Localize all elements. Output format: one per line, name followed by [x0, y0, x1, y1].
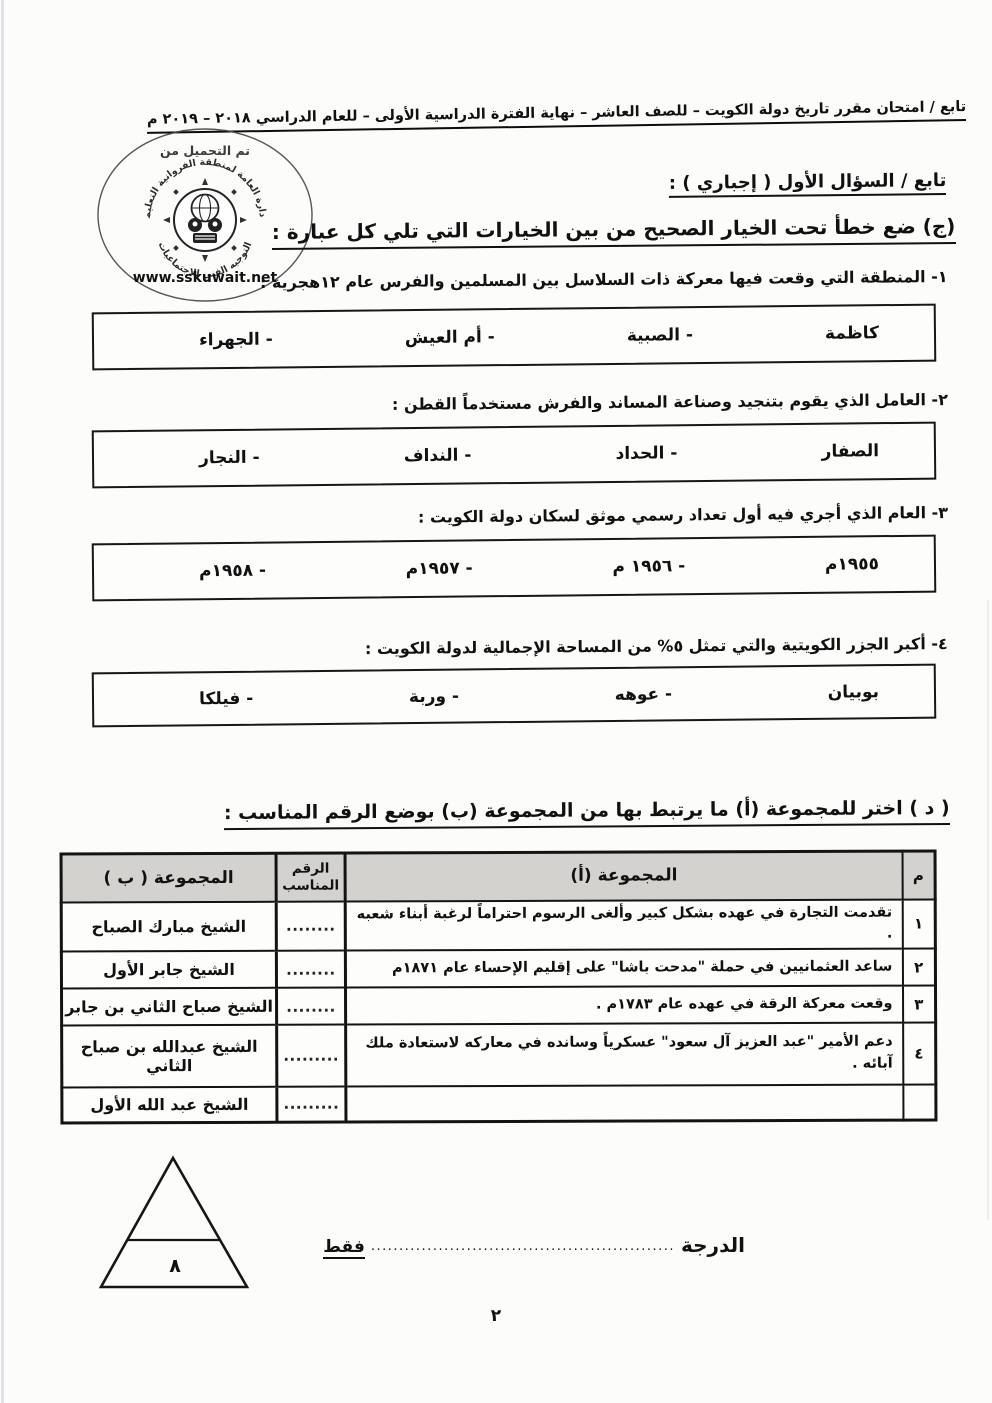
question-4-text: ٤- أكبر الجزر الكويتية والتي تمثل ٥% من …	[365, 634, 948, 658]
question-1-text: ١- المنطقة التي وقعت فيها معركة ذات السل…	[260, 267, 948, 292]
header-number: م	[902, 851, 935, 899]
answer-dots-field: ........	[276, 901, 345, 951]
group-a-statement: ساعد العثمانيين في حملة "مدحت باشا" على …	[345, 949, 902, 988]
row-number: ٤	[903, 1022, 936, 1084]
group-b-name: الشيخ مبارك الصباح	[61, 901, 276, 951]
stamp-website-label: www.sskuwait.net	[133, 270, 278, 286]
answer-dots-field: .........	[277, 1025, 346, 1087]
row-number	[903, 1084, 936, 1119]
score-line: الدرجة .................................…	[323, 1233, 745, 1259]
part-c-title: (ج) ضع خطأ تحت الخيار الصحيح من بين الخي…	[272, 214, 956, 250]
stamp-emblem-icon	[163, 178, 247, 262]
row-number: ٣	[902, 985, 935, 1022]
group-b-name: الشيخ عبدالله بن صباح الثاني	[62, 1025, 277, 1088]
question-4-options-box: بوبيان - عوهه - وربة - فيلكا	[92, 664, 937, 728]
table-header-row: م المجموعة (أ) الرقم المناسب المجموعة ( …	[61, 851, 935, 902]
row-number: ١	[902, 899, 935, 949]
only-label: فقط	[323, 1237, 365, 1259]
group-a-statement	[346, 1085, 903, 1122]
table-row: ١ تقدمت التجارة في عهده بشكل كبير وألغى …	[61, 899, 935, 952]
question-1-options-box: كاظمة - الصبية - أم العيش - الجهراء	[92, 304, 937, 371]
option: - عوهه	[615, 684, 673, 705]
question-2-options-box: الصفار - الحداد - النداف - النجار	[92, 422, 937, 489]
page-number: ٢	[481, 1306, 511, 1326]
group-b-name: الشيخ عبد الله الأول	[62, 1087, 277, 1123]
option: - النداف	[404, 445, 472, 466]
option: - ١٩٥٧م	[406, 558, 473, 579]
option: - الحداد	[615, 443, 677, 464]
exam-page: تابع / امتحان مقرر تاريخ دولة الكويت – ل…	[0, 0, 992, 1403]
option: كاظمة	[825, 323, 879, 344]
question-3-options-box: ١٩٥٥م - ١٩٥٦ م - ١٩٥٧م - ١٩٥٨م	[92, 535, 937, 602]
option: بوبيان	[828, 682, 879, 703]
row-number: ٢	[902, 948, 935, 985]
part-d-title: ( د ) اختر للمجموعة (أ) ما يرتبط بها من …	[224, 797, 950, 830]
option: - وربة	[409, 686, 459, 707]
option: - أم العيش	[405, 327, 495, 348]
question-3-text: ٣- العام الذي أجري فيه أول تعداد رسمي مو…	[418, 503, 948, 527]
score-triangle: ٨	[96, 1154, 252, 1298]
group-a-statement: دعم الأمير "عبد العزيز آل سعود" عسكرياً …	[346, 1023, 903, 1087]
score-triangle-graphic: ٨	[96, 1154, 252, 1294]
score-dots-field: ........................................…	[371, 1239, 675, 1254]
group-b-name: الشيخ جابر الأول	[61, 951, 276, 989]
question-2-text: ٢- العامل الذي يقوم بتنجيد وصناعة المسان…	[392, 390, 948, 414]
option: - فيلكا	[199, 688, 253, 709]
option: - الصبية	[627, 325, 693, 346]
score-label: الدرجة	[681, 1233, 745, 1257]
option: - ١٩٥٦ م	[612, 556, 685, 577]
stamp-downloaded-from-label: تم التحميل من	[160, 143, 250, 158]
group-b-name: الشيخ صباح الثاني بن جابر	[62, 988, 277, 1026]
table-row: ٣ وقعت معركة الرقة في عهده عام ١٧٨٣م . .…	[62, 985, 936, 1025]
option: ١٩٥٥م	[825, 554, 879, 575]
table-row: ......... الشيخ عبد الله الأول	[62, 1084, 936, 1122]
table-row: ٢ ساعد العثمانيين في حملة "مدحت باشا" عل…	[61, 948, 935, 988]
scan-edge-left	[1, 0, 4, 1403]
header-group-a: المجموعة (أ)	[345, 851, 902, 901]
scan-edge-right	[987, 600, 989, 1220]
group-a-statement: وقعت معركة الرقة في عهده عام ١٧٨٣م .	[346, 986, 903, 1025]
group-a-statement: تقدمت التجارة في عهده بشكل كبير وألغى ال…	[345, 899, 902, 950]
option: - ١٩٥٨م	[199, 561, 266, 582]
answer-dots-field: ........	[276, 951, 345, 988]
score-triangle-value: ٨	[169, 1255, 181, 1277]
matching-table: م المجموعة (أ) الرقم المناسب المجموعة ( …	[60, 849, 938, 1124]
continue-question-title: تابع / السؤال الأول ( إجباري ) :	[668, 170, 946, 198]
header-group-b: المجموعة ( ب )	[61, 853, 276, 902]
option: - النجار	[199, 448, 260, 469]
answer-dots-field: .........	[277, 1087, 346, 1122]
option: الصفار	[822, 441, 880, 462]
answer-dots-field: ........	[277, 988, 346, 1025]
option: - الجهراء	[199, 330, 273, 351]
table-row: ٤ دعم الأمير "عبد العزيز آل سعود" عسكريا…	[62, 1022, 936, 1087]
header-fit-number: الرقم المناسب	[276, 853, 345, 901]
